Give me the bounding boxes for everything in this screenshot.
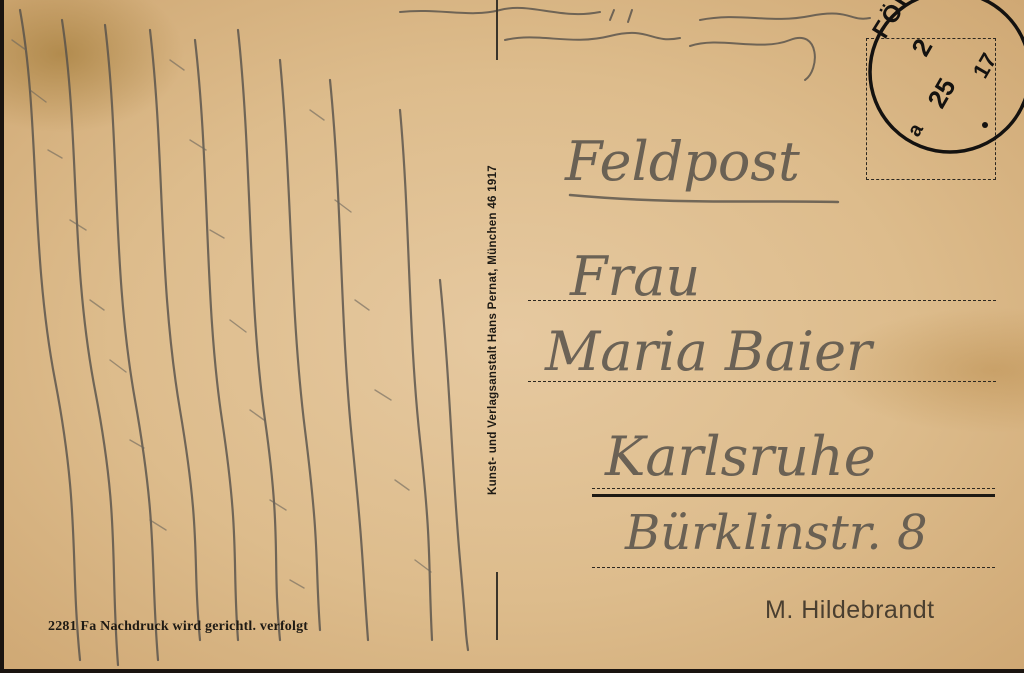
address-street: Bürklinstr. 8: [625, 505, 927, 561]
postcard-back: Kunst- und Verlagsanstalt Hans Pernat, M…: [0, 0, 1024, 673]
address-name: Maria Baier: [545, 320, 872, 383]
address-city: Karlsruhe: [605, 425, 876, 488]
watermark: M. Hildebrandt: [765, 596, 935, 625]
address-salutation: Frau: [570, 245, 700, 308]
